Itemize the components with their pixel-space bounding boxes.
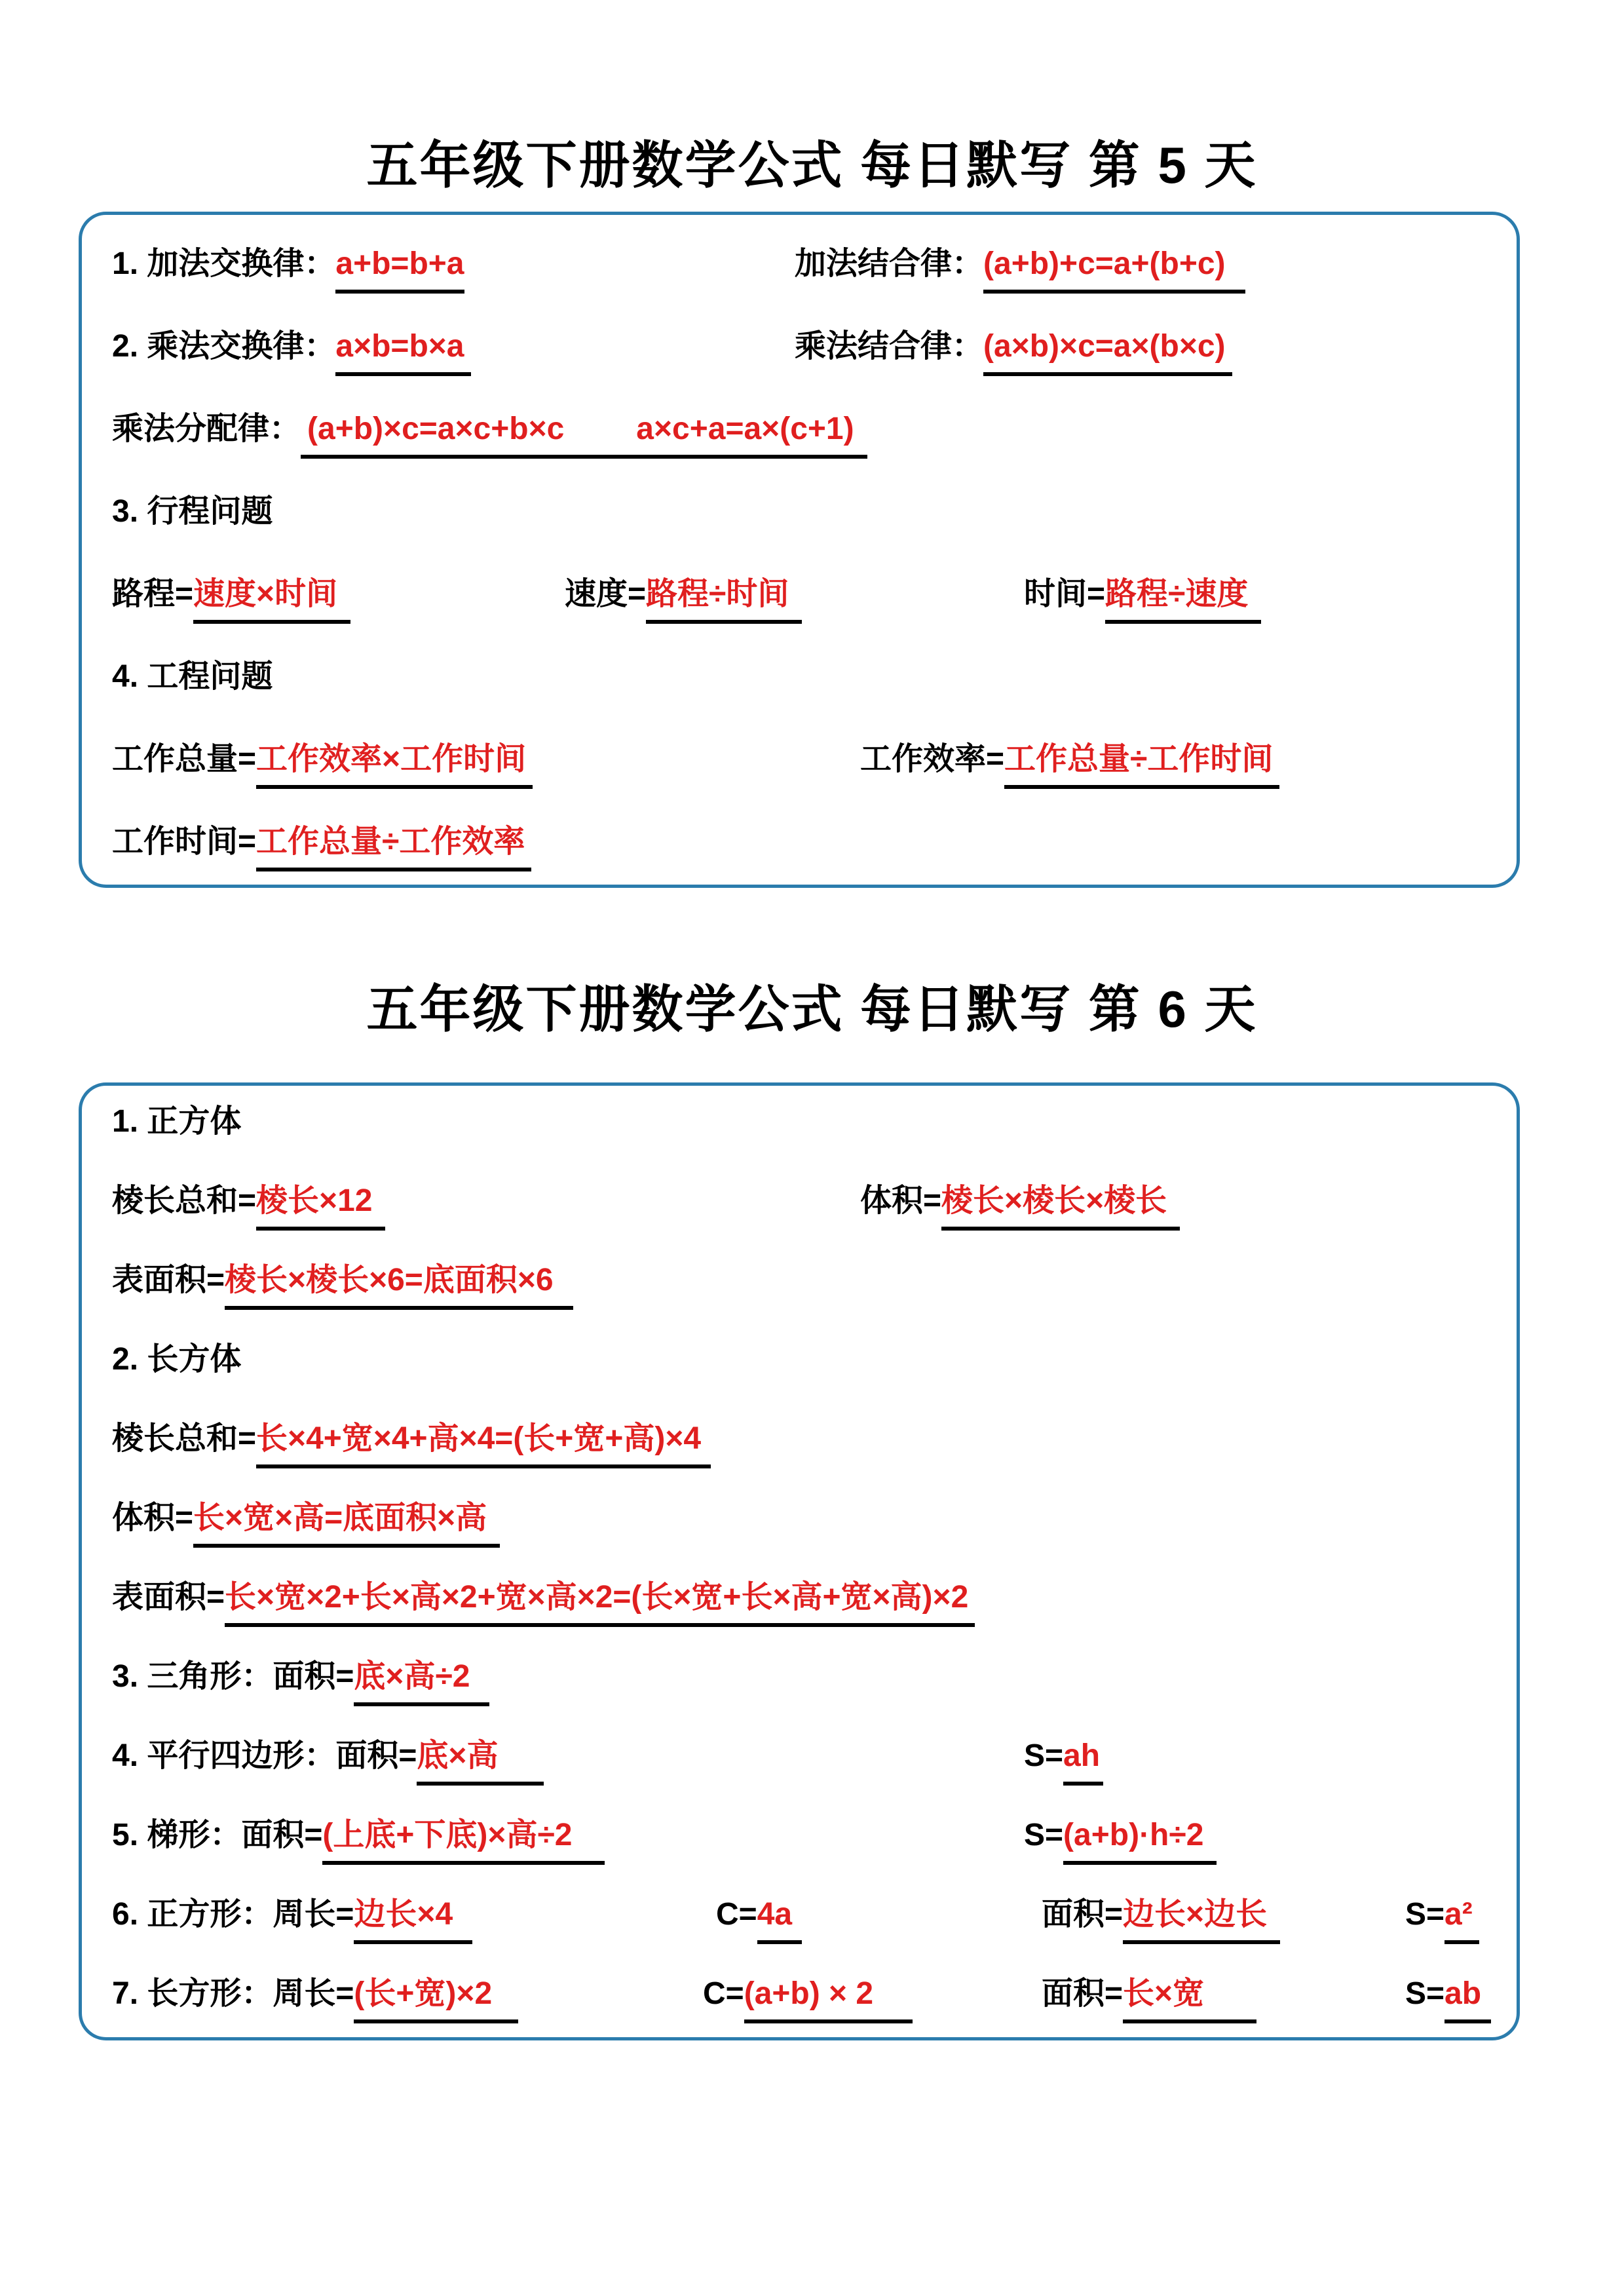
formula-label: 体积= — [860, 1183, 941, 1218]
formula-cell: 4. 平行四边形：面积=底×高 — [112, 1736, 544, 1786]
formula-label: S= — [1405, 1897, 1445, 1932]
formula-cell: C=(a+b) × 2 — [703, 1974, 913, 2023]
formula-cell: 乘法分配律：(a+b)×c=a×c+b×ca×c+a=a×(c+1) — [112, 409, 867, 459]
formula-label: 6. 正方形：周长= — [112, 1897, 354, 1932]
formula-label: 工作时间= — [112, 824, 256, 859]
formula-cell: 工作效率=工作总量÷工作时间 — [860, 739, 1279, 789]
formula-cell: 2. 乘法交换律：a×b=b×a — [112, 326, 471, 376]
formula-row: 3. 行程问题 — [82, 491, 1517, 569]
section-heading: 1. 正方体 — [112, 1104, 241, 1139]
formula-cell: 7. 长方形：周长=(长+宽)×2 — [112, 1974, 518, 2023]
formula-row: 7. 长方形：周长=(长+宽)×2 C=(a+b) × 2 面积=长×宽 S=a… — [82, 1974, 1517, 2051]
formula-value: 棱长×棱长×6=底面积×6 — [225, 1260, 573, 1310]
formula-cell: 表面积=长×宽×2+长×高×2+宽×高×2=(长×宽+长×高+宽×高)×2 — [112, 1577, 975, 1627]
formula-value: 速度×时间 — [193, 574, 350, 624]
section1-formula-box: 1. 加法交换律：a+b=b+a 加法结合律：(a+b)+c=a+(b+c) 2… — [79, 212, 1520, 888]
formula-cell: 棱长总和=长×4+宽×4+高×4=(长+宽+高)×4 — [112, 1419, 711, 1468]
formula-cell: 加法结合律：(a+b)+c=a+(b+c) — [795, 244, 1245, 294]
formula-part-1: (a+b)×c=a×c+b×c — [307, 411, 564, 446]
formula-cell: S=ab — [1405, 1974, 1491, 2023]
formula-label: S= — [1024, 1818, 1063, 1852]
formula-label: 2. 乘法交换律： — [112, 329, 335, 364]
formula-cell: S=a² — [1405, 1894, 1479, 1944]
formula-label: C= — [703, 1976, 744, 2011]
formula-cell: 3. 行程问题 — [112, 491, 273, 532]
formula-value: (a+b)·h÷2 — [1063, 1815, 1217, 1865]
formula-value: 底×高÷2 — [354, 1656, 489, 1706]
section-heading: 3. 行程问题 — [112, 494, 273, 529]
formula-row: 4. 平行四边形：面积=底×高 S=ah — [82, 1736, 1517, 1813]
formula-value: 棱长×棱长×棱长 — [941, 1181, 1180, 1231]
formula-label: 表面积= — [112, 1580, 225, 1615]
formula-cell: 4. 工程问题 — [112, 657, 273, 697]
section-heading: 2. 长方体 — [112, 1342, 241, 1377]
formula-part-2: a×c+a=a×(c+1) — [636, 411, 854, 446]
formula-label: 表面积= — [112, 1263, 225, 1297]
formula-cell: 1. 正方体 — [112, 1101, 241, 1142]
formula-row: 棱长总和=棱长×12 体积=棱长×棱长×棱长 — [82, 1181, 1517, 1258]
formula-cell: 体积=棱长×棱长×棱长 — [860, 1181, 1180, 1231]
formula-value: 边长×边长 — [1123, 1894, 1280, 1944]
formula-label: S= — [1405, 1976, 1445, 2011]
formula-row: 体积=长×宽×高=底面积×高 — [82, 1498, 1517, 1575]
formula-cell: 速度=路程÷时间 — [565, 574, 802, 624]
formula-cell: 5. 梯形：面积=(上底+下底)×高÷2 — [112, 1815, 605, 1865]
formula-label: 工作总量= — [112, 742, 256, 776]
formula-row: 5. 梯形：面积=(上底+下底)×高÷2 S=(a+b)·h÷2 — [82, 1815, 1517, 1892]
formula-value: a² — [1445, 1894, 1479, 1944]
formula-cell: 工作时间=工作总量÷工作效率 — [112, 822, 531, 871]
formula-label: 面积= — [1042, 1976, 1123, 2011]
formula-cell: 1. 加法交换律：a+b=b+a — [112, 244, 464, 294]
formula-label: 路程= — [112, 577, 193, 611]
formula-row: 2. 乘法交换律：a×b=b×a 乘法结合律：(a×b)×c=a×(b×c) — [82, 326, 1517, 404]
formula-label: S= — [1024, 1738, 1063, 1773]
formula-value: (上底+下底)×高÷2 — [322, 1815, 605, 1865]
formula-cell: 面积=边长×边长 — [1042, 1894, 1280, 1944]
formula-value: 长×宽×2+长×高×2+宽×高×2=(长×宽+长×高+宽×高)×2 — [225, 1577, 975, 1627]
formula-value: 长×宽 — [1123, 1974, 1256, 2023]
section2-formula-box: 1. 正方体 棱长总和=棱长×12 体积=棱长×棱长×棱长 表面积=棱长×棱长×… — [79, 1082, 1520, 2040]
formula-row: 路程=速度×时间 速度=路程÷时间 时间=路程÷速度 — [82, 574, 1517, 651]
formula-cell: 2. 长方体 — [112, 1339, 241, 1380]
formula-value: 工作总量÷工作效率 — [256, 822, 531, 871]
formula-value: 长×宽×高=底面积×高 — [193, 1498, 500, 1548]
formula-value: 棱长×12 — [256, 1181, 385, 1231]
section1-title: 五年级下册数学公式 每日默写 第 5 天 — [0, 124, 1624, 198]
formula-label: 3. 三角形：面积= — [112, 1659, 354, 1694]
formula-cell: 时间=路程÷速度 — [1024, 574, 1261, 624]
formula-value: a×b=b×a — [335, 326, 470, 376]
worksheet-page: 五年级下册数学公式 每日默写 第 5 天 1. 加法交换律：a+b=b+a 加法… — [0, 0, 1624, 2296]
formula-value: (a+b) × 2 — [744, 1974, 913, 2023]
formula-cell: 工作总量=工作效率×工作时间 — [112, 739, 533, 789]
formula-label: 4. 平行四边形：面积= — [112, 1738, 417, 1773]
formula-label: 棱长总和= — [112, 1421, 256, 1456]
formula-row: 6. 正方形：周长=边长×4 C=4a 面积=边长×边长 S=a² — [82, 1894, 1517, 1972]
formula-label: 1. 加法交换律： — [112, 246, 335, 281]
formula-row: 表面积=长×宽×2+长×高×2+宽×高×2=(长×宽+长×高+宽×高)×2 — [82, 1577, 1517, 1655]
formula-row: 乘法分配律：(a+b)×c=a×c+b×ca×c+a=a×(c+1) — [82, 409, 1517, 486]
formula-value: ah — [1063, 1736, 1103, 1786]
formula-value: 路程÷时间 — [646, 574, 802, 624]
formula-row: 1. 加法交换律：a+b=b+a 加法结合律：(a+b)+c=a+(b+c) — [82, 244, 1517, 321]
formula-cell: 6. 正方形：周长=边长×4 — [112, 1894, 472, 1944]
formula-label: 时间= — [1024, 577, 1105, 611]
formula-row: 工作时间=工作总量÷工作效率 — [82, 822, 1517, 899]
formula-cell: 面积=长×宽 — [1042, 1974, 1256, 2023]
formula-row: 2. 长方体 — [82, 1339, 1517, 1417]
formula-cell: 表面积=棱长×棱长×6=底面积×6 — [112, 1260, 573, 1310]
formula-cell: 体积=长×宽×高=底面积×高 — [112, 1498, 500, 1548]
formula-value: (长+宽)×2 — [354, 1974, 518, 2023]
formula-cell: 路程=速度×时间 — [112, 574, 350, 624]
section-heading: 4. 工程问题 — [112, 659, 273, 694]
formula-row: 3. 三角形：面积=底×高÷2 — [82, 1656, 1517, 1734]
formula-value: 工作效率×工作时间 — [256, 739, 533, 789]
formula-value: 4a — [757, 1894, 802, 1944]
formula-label: 工作效率= — [860, 742, 1004, 776]
section2-title: 五年级下册数学公式 每日默写 第 6 天 — [0, 968, 1624, 1042]
formula-cell: 棱长总和=棱长×12 — [112, 1181, 385, 1231]
formula-value: 路程÷速度 — [1105, 574, 1261, 624]
formula-row: 4. 工程问题 — [82, 657, 1517, 734]
formula-value: ab — [1445, 1974, 1491, 2023]
formula-label: 7. 长方形：周长= — [112, 1976, 354, 2011]
formula-label: 棱长总和= — [112, 1183, 256, 1218]
formula-cell: S=ah — [1024, 1736, 1103, 1786]
formula-cell: S=(a+b)·h÷2 — [1024, 1815, 1217, 1865]
formula-label: 乘法结合律： — [795, 329, 983, 364]
formula-row: 工作总量=工作效率×工作时间 工作效率=工作总量÷工作时间 — [82, 739, 1517, 816]
formula-value: 工作总量÷工作时间 — [1004, 739, 1279, 789]
formula-cell: C=4a — [716, 1894, 802, 1944]
formula-label: C= — [716, 1897, 757, 1932]
formula-value: a+b=b+a — [335, 244, 464, 294]
formula-row: 1. 正方体 — [82, 1101, 1517, 1179]
formula-cell: 3. 三角形：面积=底×高÷2 — [112, 1656, 489, 1706]
formula-value: (a+b)×c=a×c+b×ca×c+a=a×(c+1) — [301, 409, 867, 459]
formula-value: 底×高 — [417, 1736, 544, 1786]
formula-label: 面积= — [1042, 1897, 1123, 1932]
formula-row: 表面积=棱长×棱长×6=底面积×6 — [82, 1260, 1517, 1337]
formula-cell: 乘法结合律：(a×b)×c=a×(b×c) — [795, 326, 1232, 376]
formula-label: 5. 梯形：面积= — [112, 1818, 322, 1852]
formula-value: 边长×4 — [354, 1894, 472, 1944]
formula-value: 长×4+宽×4+高×4=(长+宽+高)×4 — [256, 1419, 711, 1468]
formula-value: (a×b)×c=a×(b×c) — [983, 326, 1232, 376]
formula-label: 速度= — [565, 577, 646, 611]
formula-row: 棱长总和=长×4+宽×4+高×4=(长+宽+高)×4 — [82, 1419, 1517, 1496]
formula-label: 乘法分配律： — [112, 411, 301, 446]
formula-label: 加法结合律： — [795, 246, 983, 281]
formula-value: (a+b)+c=a+(b+c) — [983, 244, 1245, 294]
formula-label: 体积= — [112, 1501, 193, 1535]
